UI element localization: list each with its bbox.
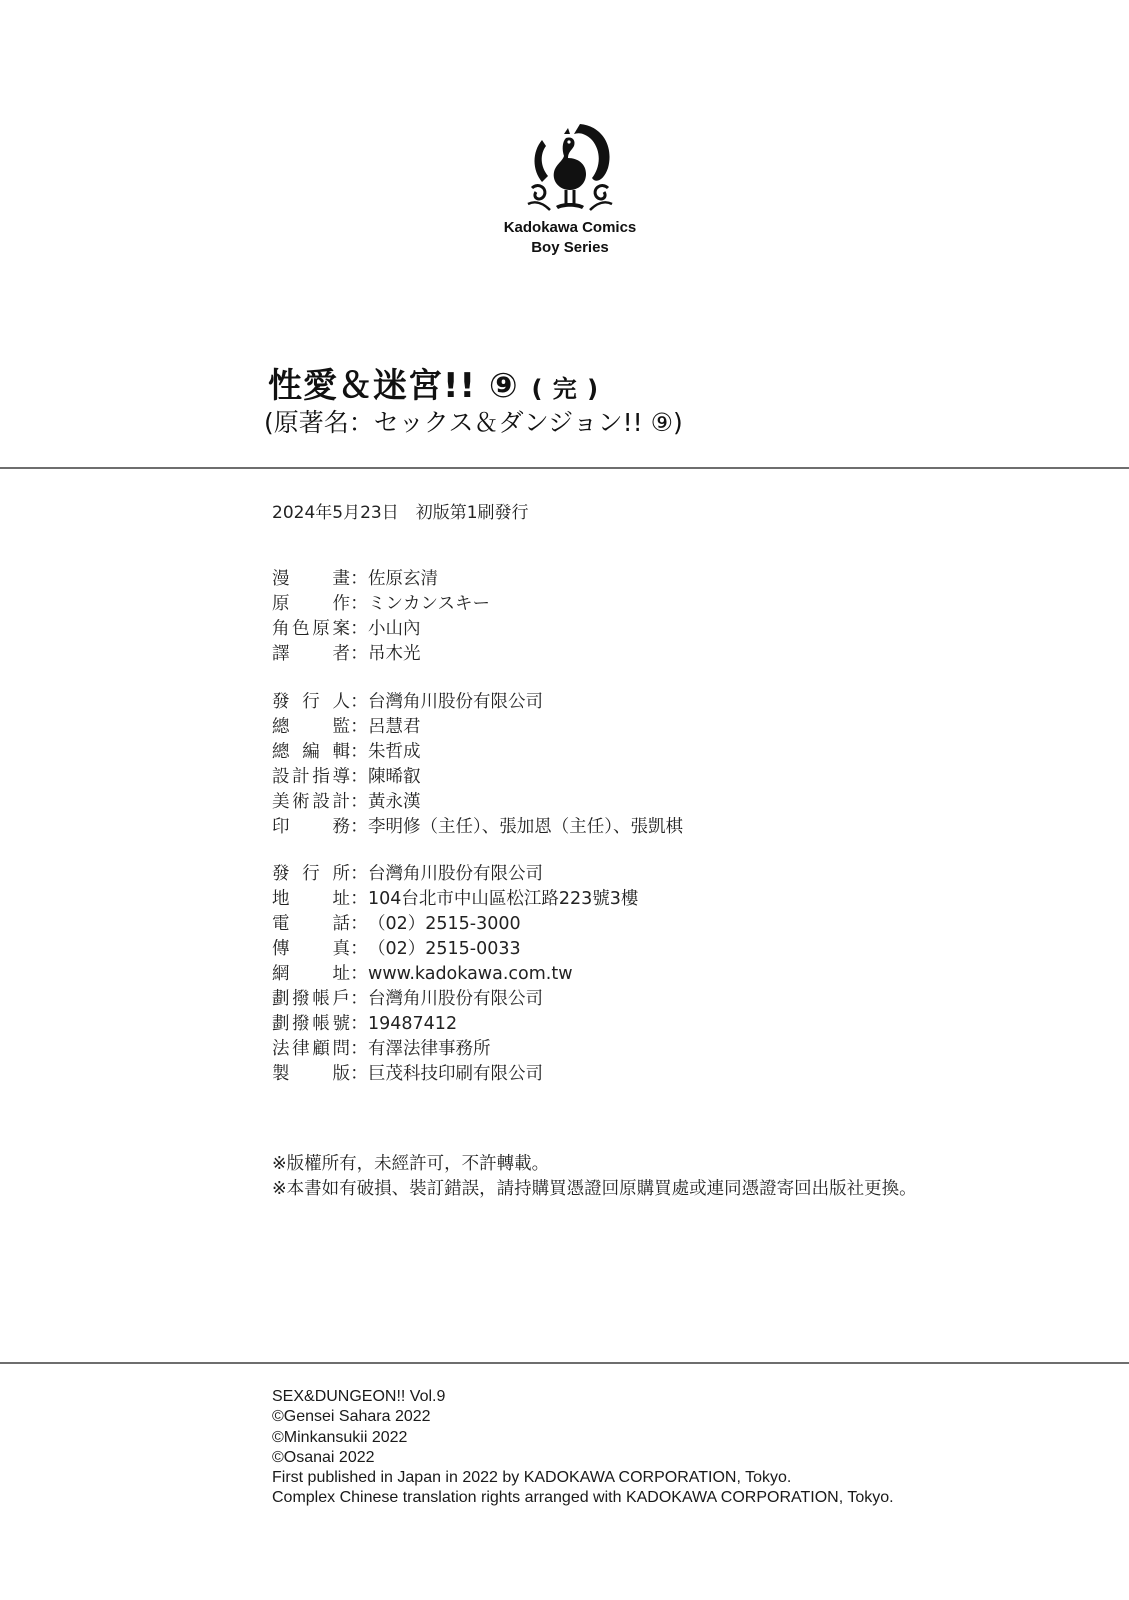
- info-label: 劃撥帳戶: [272, 987, 350, 1012]
- info-value: 19487412: [368, 1012, 457, 1037]
- copyright-notes: ※版權所有，未經許可，不許轉載。 ※本書如有破損、裝訂錯誤，請持購買憑證回原購買…: [272, 1152, 917, 1202]
- top-divider: [0, 467, 1129, 469]
- logo-line-1: Kadokawa Comics: [480, 218, 660, 238]
- info-row: 劃撥帳戶：台灣角川股份有限公司: [272, 987, 638, 1012]
- info-colon: ：: [350, 715, 368, 740]
- colophon-line: ©Minkansukii 2022: [272, 1428, 894, 1448]
- info-value: 黃永漢: [368, 790, 421, 815]
- info-row: 傳真：（02）2515-0033: [272, 937, 638, 962]
- info-label: 發行人: [272, 690, 350, 715]
- info-label: 劃撥帳號: [272, 1012, 350, 1037]
- info-label: 角色原案: [272, 617, 350, 642]
- info-colon: ：: [350, 962, 368, 987]
- info-label: 網址: [272, 962, 350, 987]
- info-colon: ：: [350, 1062, 368, 1087]
- colophon-line: SEX&DUNGEON!! Vol.9: [272, 1387, 894, 1407]
- staff-list: 發行人：台灣角川股份有限公司總監：呂慧君總編輯：朱哲成設計指導：陳晞叡美術設計：…: [272, 690, 683, 840]
- info-colon: ：: [350, 862, 368, 887]
- info-label: 發行所: [272, 862, 350, 887]
- info-label: 印務: [272, 815, 350, 840]
- info-row: 地址：104台北市中山區松江路223號3樓: [272, 887, 638, 912]
- info-label: 製版: [272, 1062, 350, 1087]
- info-colon: ：: [350, 1037, 368, 1062]
- info-value: 104台北市中山區松江路223號3樓: [368, 887, 638, 912]
- colophon-line: ©Gensei Sahara 2022: [272, 1407, 894, 1427]
- colophon-line: ©Osanai 2022: [272, 1448, 894, 1468]
- info-value: 巨茂科技印刷有限公司: [368, 1062, 543, 1087]
- info-value: 李明修（主任）、張加恩（主任）、張凱棋: [368, 815, 683, 840]
- info-colon: ：: [350, 790, 368, 815]
- info-row: 設計指導：陳晞叡: [272, 765, 683, 790]
- info-value: 呂慧君: [368, 715, 421, 740]
- info-value: 台灣角川股份有限公司: [368, 987, 543, 1012]
- note-line: ※本書如有破損、裝訂錯誤，請持購買憑證回原購買處或連同憑證寄回出版社更換。: [272, 1177, 917, 1202]
- info-value: 小山內: [368, 617, 421, 642]
- book-title: 性愛＆迷宮!! ⑨ ( 完 ): [268, 358, 599, 407]
- info-value: 有澤法律事務所: [368, 1037, 491, 1062]
- info-label: 設計指導: [272, 765, 350, 790]
- info-colon: ：: [350, 765, 368, 790]
- info-row: 原作：ミンカンスキー: [272, 592, 490, 617]
- info-row: 譯者：吊木光: [272, 642, 490, 667]
- info-value: 佐原玄清: [368, 567, 438, 592]
- info-row: 美術設計：黃永漢: [272, 790, 683, 815]
- info-row: 製版：巨茂科技印刷有限公司: [272, 1062, 638, 1087]
- phoenix-emblem-icon: [522, 118, 618, 218]
- info-colon: ：: [350, 912, 368, 937]
- info-label: 傳真: [272, 937, 350, 962]
- info-label: 原作: [272, 592, 350, 617]
- info-label: 美術設計: [272, 790, 350, 815]
- info-value: www.kadokawa.com.tw: [368, 962, 573, 987]
- info-label: 譯者: [272, 642, 350, 667]
- info-value: ミンカンスキー: [368, 592, 490, 617]
- bottom-divider: [0, 1362, 1129, 1364]
- info-row: 發行所：台灣角川股份有限公司: [272, 862, 638, 887]
- info-value: 台灣角川股份有限公司: [368, 690, 543, 715]
- info-row: 漫畫：佐原玄清: [272, 567, 490, 592]
- info-colon: ：: [350, 642, 368, 667]
- info-label: 總監: [272, 715, 350, 740]
- info-colon: ：: [350, 815, 368, 840]
- info-row: 角色原案：小山內: [272, 617, 490, 642]
- info-label: 法律顧問: [272, 1037, 350, 1062]
- info-value: 陳晞叡: [368, 765, 421, 790]
- info-value: （02）2515-0033: [368, 937, 521, 962]
- english-colophon: SEX&DUNGEON!! Vol.9 ©Gensei Sahara 2022 …: [272, 1387, 894, 1509]
- original-title: (原著名：セックス＆ダンジョン!! ⑨): [264, 403, 683, 439]
- info-colon: ：: [350, 740, 368, 765]
- info-colon: ：: [350, 987, 368, 1012]
- book-title-complete-marker: ( 完 ): [531, 375, 599, 403]
- info-row: 網址：www.kadokawa.com.tw: [272, 962, 638, 987]
- info-row: 法律顧問：有澤法律事務所: [272, 1037, 638, 1062]
- book-title-main: 性愛＆迷宮!! ⑨: [268, 366, 519, 406]
- colophon-line: Complex Chinese translation rights arran…: [272, 1488, 894, 1508]
- info-colon: ：: [350, 937, 368, 962]
- logo-line-2: Boy Series: [480, 238, 660, 258]
- info-label: 地址: [272, 887, 350, 912]
- info-colon: ：: [350, 617, 368, 642]
- info-value: 朱哲成: [368, 740, 421, 765]
- info-label: 電話: [272, 912, 350, 937]
- publisher-logo: Kadokawa Comics Boy Series: [480, 118, 660, 258]
- info-row: 印務：李明修（主任）、張加恩（主任）、張凱棋: [272, 815, 683, 840]
- credits-list: 漫畫：佐原玄清原作：ミンカンスキー角色原案：小山內譯者：吊木光: [272, 567, 490, 667]
- colophon-line: First published in Japan in 2022 by KADO…: [272, 1468, 894, 1488]
- info-label: 漫畫: [272, 567, 350, 592]
- info-value: （02）2515-3000: [368, 912, 521, 937]
- info-value: 吊木光: [368, 642, 421, 667]
- info-row: 總編輯：朱哲成: [272, 740, 683, 765]
- info-row: 電話：（02）2515-3000: [272, 912, 638, 937]
- info-label: 總編輯: [272, 740, 350, 765]
- info-colon: ：: [350, 887, 368, 912]
- note-line: ※版權所有，未經許可，不許轉載。: [272, 1152, 917, 1177]
- publisher-info-list: 發行所：台灣角川股份有限公司地址：104台北市中山區松江路223號3樓電話：（0…: [272, 862, 638, 1087]
- info-colon: ：: [350, 1012, 368, 1037]
- info-colon: ：: [350, 690, 368, 715]
- edition-date: 2024年5月23日 初版第1刷發行: [272, 498, 529, 523]
- info-row: 發行人：台灣角川股份有限公司: [272, 690, 683, 715]
- info-colon: ：: [350, 567, 368, 592]
- info-row: 總監：呂慧君: [272, 715, 683, 740]
- info-value: 台灣角川股份有限公司: [368, 862, 543, 887]
- info-row: 劃撥帳號：19487412: [272, 1012, 638, 1037]
- info-colon: ：: [350, 592, 368, 617]
